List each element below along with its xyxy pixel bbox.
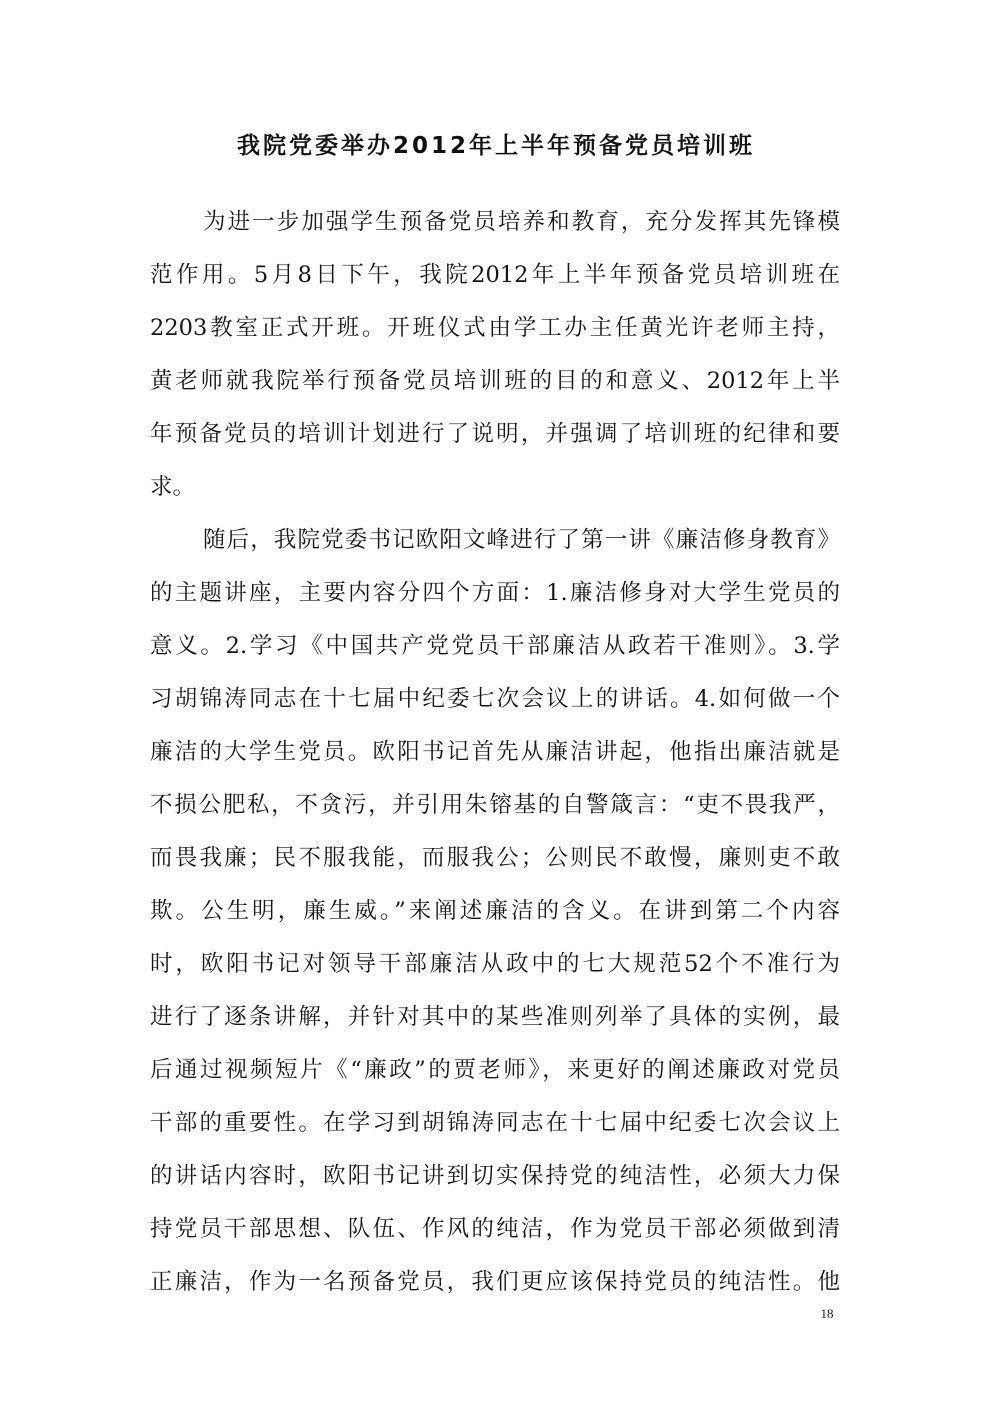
- paragraph-2-line-1: 随后，我院党委书记欧阳文峰进行了第一讲《廉洁修身教育》: [203, 523, 840, 557]
- paragraph-2-line-8: 欺。公生明，廉生威。”来阐述廉洁的含义。在讲到第二个内容: [150, 894, 840, 928]
- page-number: 18: [812, 1306, 842, 1322]
- paragraph-2-line-6: 不损公肥私，不贪污，并引用朱镕基的自警箴言：“吏不畏我严，: [150, 788, 840, 822]
- paragraph-2-line-3: 意义。2.学习《中国共产党党员干部廉洁从政若干准则》。3.学: [150, 629, 840, 663]
- paragraph-2-line-4: 习胡锦涛同志在十七届中纪委七次会议上的讲话。4.如何做一个: [150, 682, 840, 716]
- paragraph-2-line-2: 的主题讲座，主要内容分四个方面：1.廉洁修身对大学生党员的: [150, 576, 840, 610]
- document-page: 我院党委举办2012年上半年预备党员培训班 为进一步加强学生预备党员培养和教育，…: [0, 0, 992, 1403]
- paragraph-2-line-5: 廉洁的大学生党员。欧阳书记首先从廉洁讲起，他指出廉洁就是: [150, 735, 840, 769]
- paragraph-2-line-7: 而畏我廉；民不服我能，而服我公；公则民不敢慢，廉则吏不敢: [150, 841, 840, 875]
- document-title: 我院党委举办2012年上半年预备党员培训班: [0, 131, 992, 161]
- paragraph-2-line-13: 的讲话内容时，欧阳书记讲到切实保持党的纯洁性，必须大力保: [150, 1159, 840, 1193]
- paragraph-2-line-10: 进行了逐条讲解，并针对其中的某些准则列举了具体的实例，最: [150, 1000, 840, 1034]
- paragraph-1-line-5: 年预备党员的培训计划进行了说明，并强调了培训班的纪律和要: [150, 417, 840, 451]
- paragraph-2-line-11: 后通过视频短片《“廉政”的贾老师》，来更好的阐述廉政对党员: [150, 1053, 840, 1087]
- paragraph-1-line-1: 为进一步加强学生预备党员培养和教育，充分发挥其先锋模: [203, 205, 840, 239]
- paragraph-2-line-9: 时，欧阳书记对领导干部廉洁从政中的七大规范52个不准行为: [150, 947, 840, 981]
- paragraph-2-line-12: 干部的重要性。在学习到胡锦涛同志在十七届中纪委七次会议上: [150, 1106, 840, 1140]
- paragraph-1-line-6: 求。: [150, 470, 840, 504]
- paragraph-1-line-3: 2203教室正式开班。开班仪式由学工办主任黄光许老师主持，: [150, 311, 840, 345]
- paragraph-1-line-2: 范作用。5月8日下午，我院2012年上半年预备党员培训班在: [150, 258, 840, 292]
- paragraph-2-line-14: 持党员干部思想、队伍、作风的纯洁，作为党员干部必须做到清: [150, 1212, 840, 1246]
- paragraph-1-line-4: 黄老师就我院举行预备党员培训班的目的和意义、2012年上半: [150, 364, 840, 398]
- paragraph-2-line-15: 正廉洁，作为一名预备党员，我们更应该保持党员的纯洁性。他: [150, 1265, 840, 1299]
